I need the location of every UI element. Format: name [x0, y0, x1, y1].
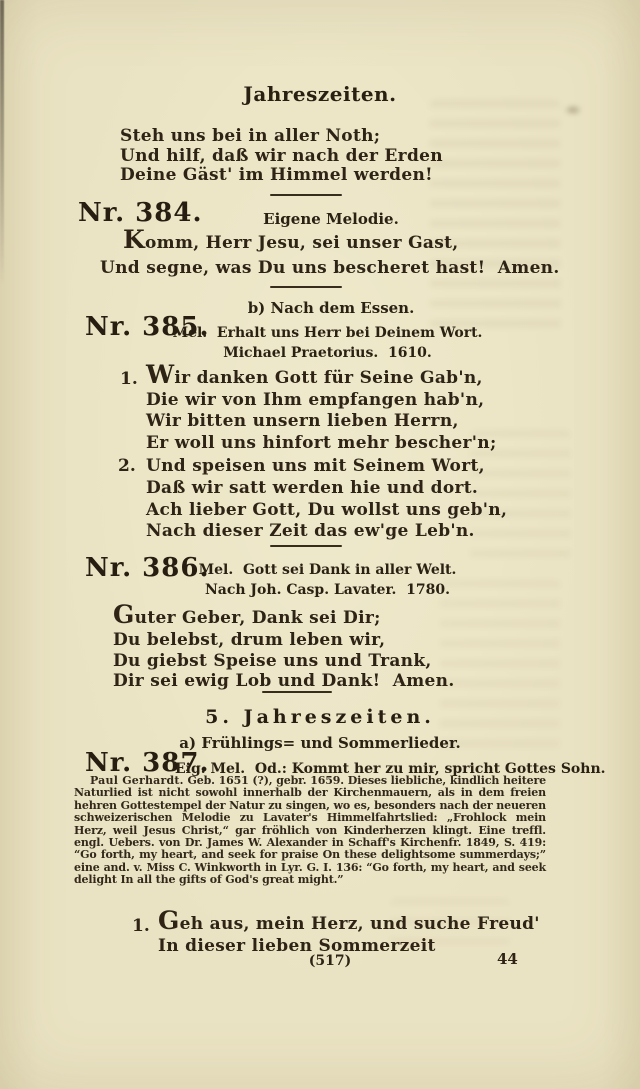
verse-line: Steh uns bei in aller Noth;	[120, 126, 380, 146]
verse-line: Ach lieber Gott, Du wollst uns geb'n,	[146, 500, 507, 520]
verse-line: Die wir von Ihm empfangen hab'n,	[146, 390, 484, 410]
verse-line: Wir bitten unsern lieben Herrn,	[146, 411, 459, 431]
verse-line: Wir danken Gott für Seine Gab'n,	[146, 365, 483, 388]
melody-reference-384: Eigene Melodie.	[140, 210, 522, 228]
sheet-number: (517)	[20, 953, 640, 969]
book-page-scan: Jahreszeiten. Steh uns bei in aller Noth…	[0, 0, 640, 1089]
section-divider	[270, 194, 342, 196]
verse-line: Geh aus, mein Herz, und suche Freud'	[158, 911, 540, 934]
running-header: Jahreszeiten.	[0, 82, 640, 106]
verse-line: Und speisen uns mit Seinem Wort,	[146, 456, 485, 476]
hymn-note-text: Geb. 1651 (?), gebr. 1659. Dieses liebli…	[74, 774, 546, 886]
verse-number: 2.	[118, 456, 136, 476]
verse-number: 1.	[132, 916, 150, 936]
melody-reference-385: Mel. Erhalt uns Herr bei Deinem Wort.	[140, 325, 515, 341]
section-divider	[262, 691, 332, 693]
verse-line: Du belebst, drum leben wir,	[113, 630, 385, 650]
scan-edge-shadow	[0, 0, 4, 285]
verse-line: Dir sei ewig Lob und Dank! Amen.	[113, 671, 455, 691]
verse-line: Du giebst Speise uns und Trank,	[113, 651, 432, 671]
verse-line: Deine Gäst' im Himmel werden!	[120, 165, 433, 185]
ink-bleed-through	[440, 580, 560, 760]
verse-line: Und hilf, daß wir nach der Erden	[120, 146, 443, 166]
verse-line: Komm, Herr Jesu, sei unser Gast,	[123, 230, 458, 253]
verse-number: 1.	[120, 369, 138, 389]
hymn-note-author: Paul Gerhardt.	[90, 774, 184, 787]
verse-line: Und segne, was Du uns bescheret hast! Am…	[100, 258, 560, 278]
melody-composer-385: Michael Praetorius. 1610.	[140, 345, 515, 361]
verse-line: Er woll uns hinfort mehr bescher'n;	[146, 433, 497, 453]
section-heading-jahreszeiten: 5. Jahreszeiten.	[0, 706, 640, 728]
section-divider	[270, 286, 342, 288]
melody-reference-386: Mel. Gott sei Dank in aller Welt.	[140, 562, 515, 578]
melody-source-386: Nach Joh. Casp. Lavater. 1780.	[140, 582, 515, 598]
verse-line: Daß wir satt werden hie und dort.	[146, 478, 478, 498]
page-number: 44	[497, 950, 518, 968]
verse-line: Guter Geber, Dank sei Dir;	[113, 605, 381, 628]
section-divider	[270, 545, 342, 547]
verse-line: Nach dieser Zeit das ew'ge Leb'n.	[146, 521, 475, 541]
hymn-note: Paul Gerhardt. Geb. 1651 (?), gebr. 1659…	[74, 775, 546, 887]
